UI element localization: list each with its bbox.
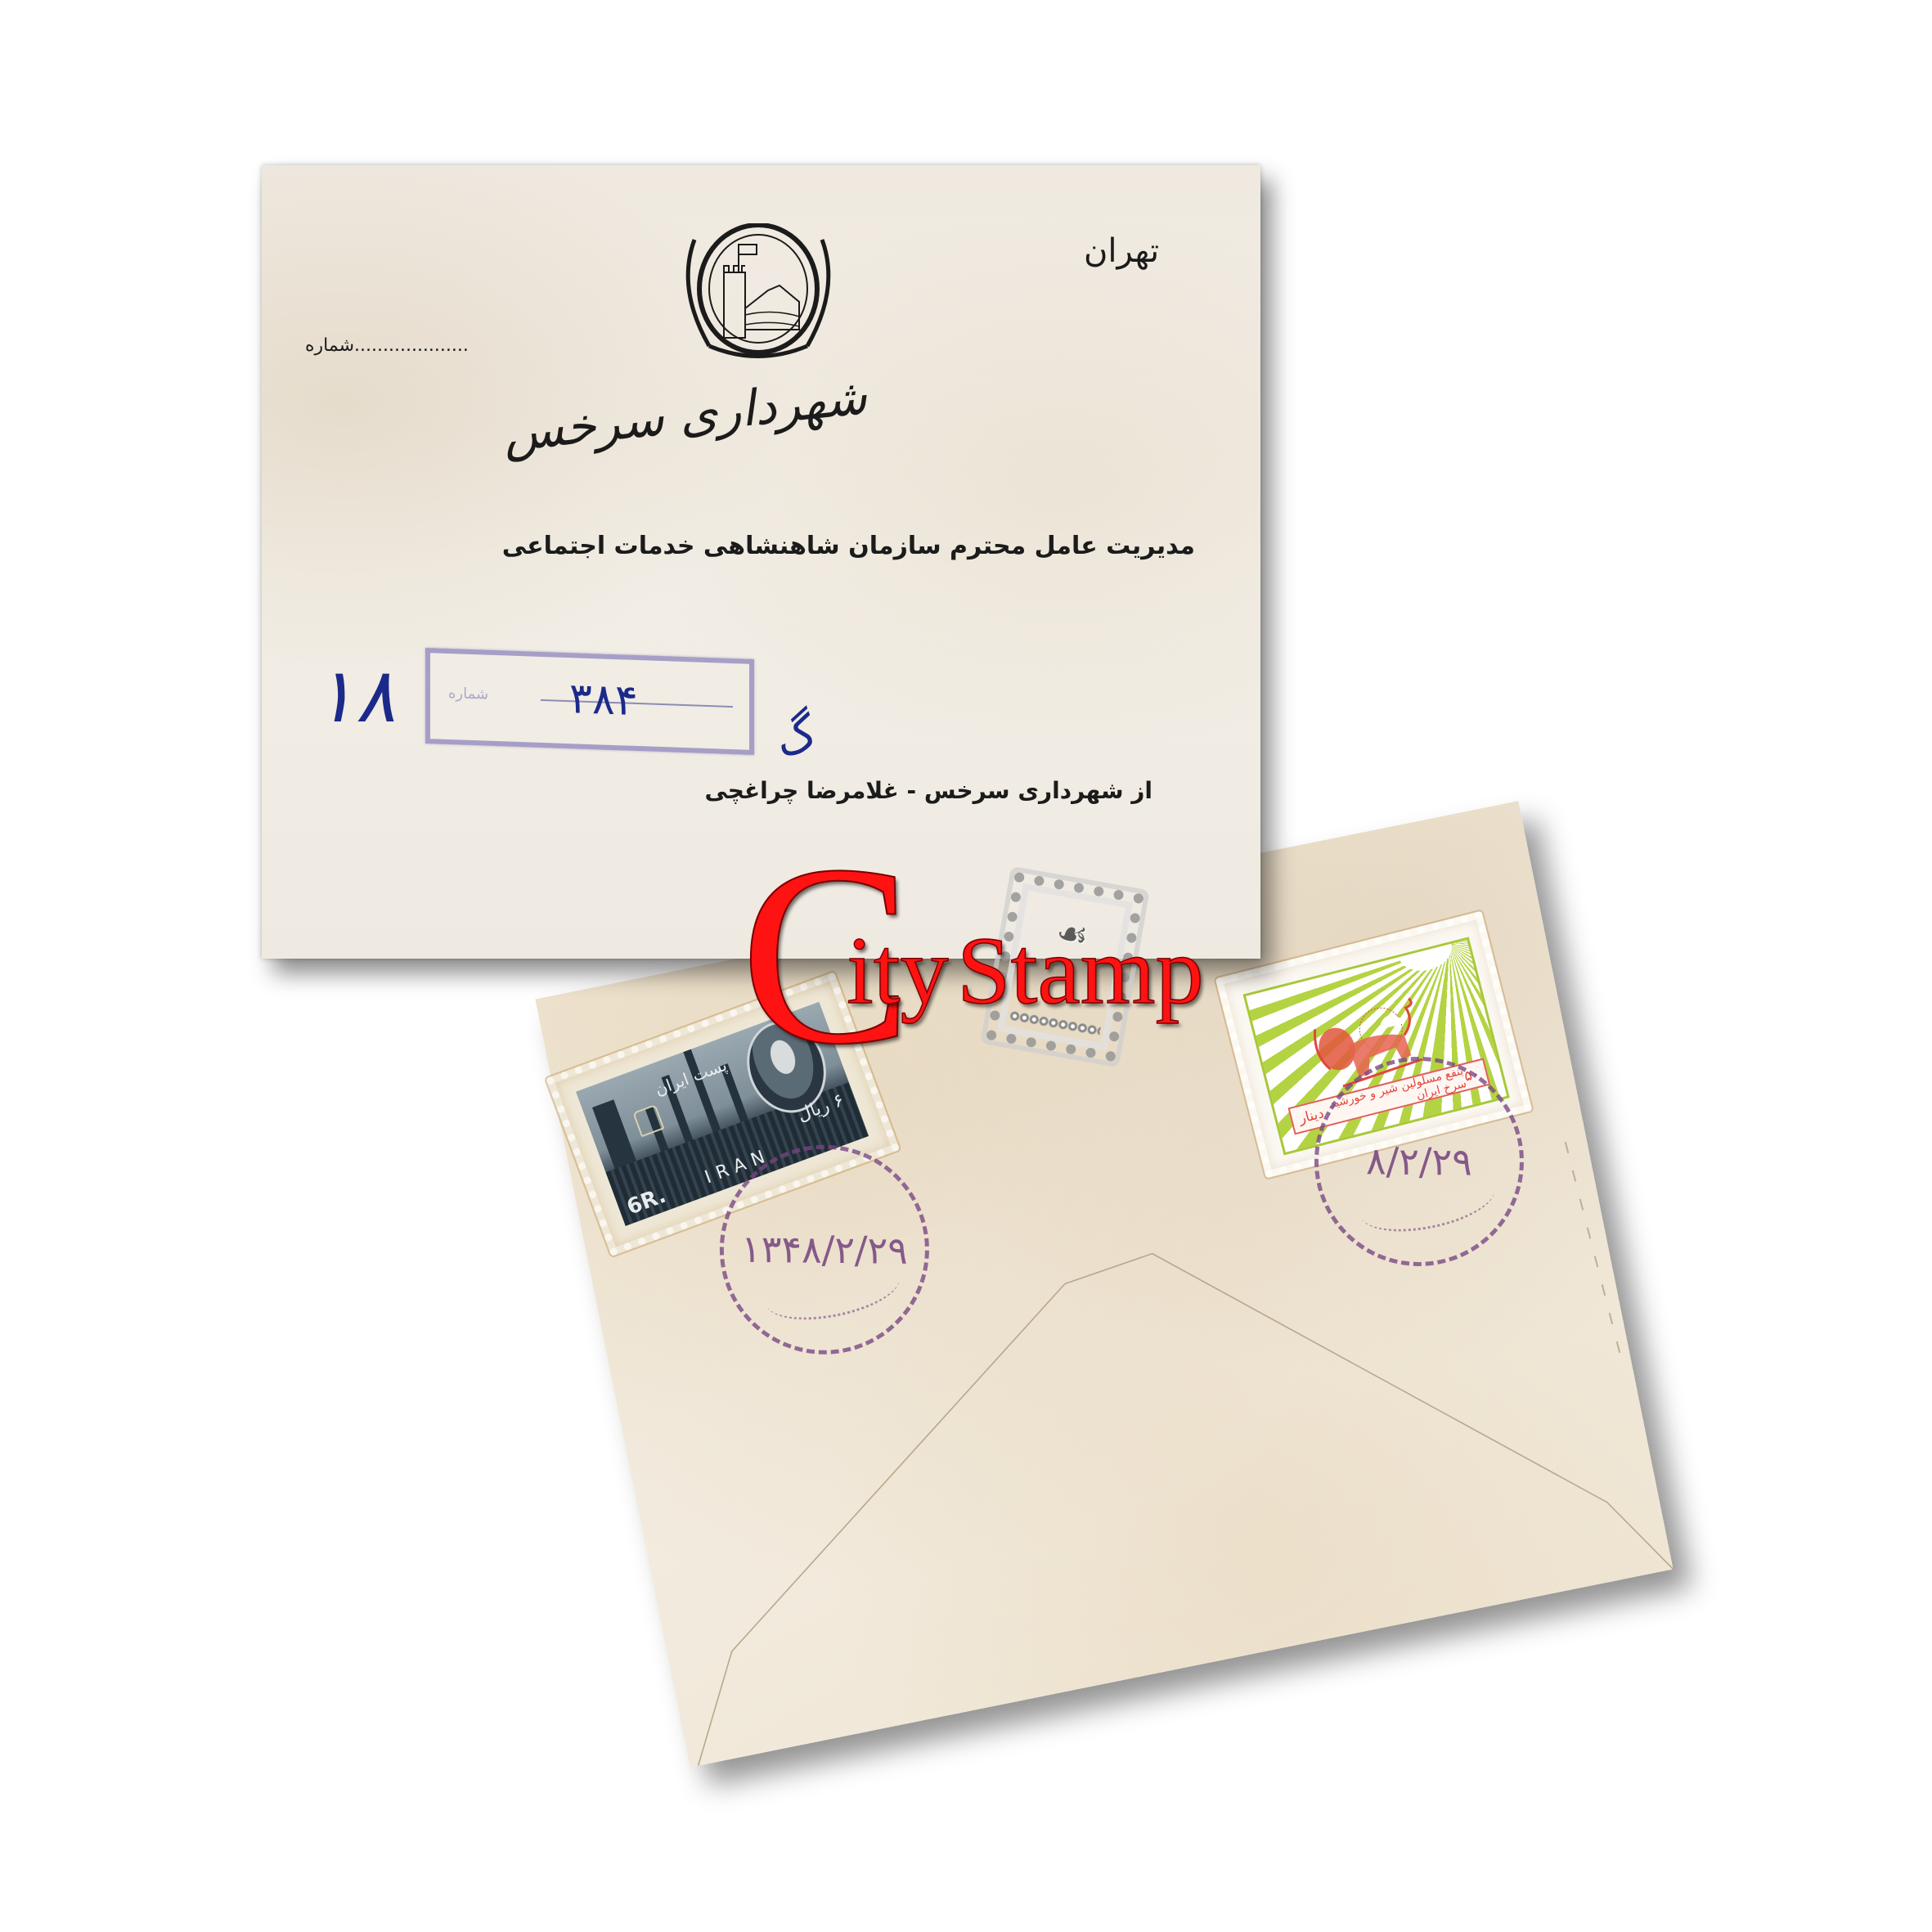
handwritten-mark: گ — [767, 704, 824, 768]
number-field: ....................شماره — [305, 335, 469, 356]
registration-stamp-box: شماره ۳۸۴ — [425, 648, 754, 755]
city-label: تهران — [1084, 232, 1159, 270]
number-label: شماره — [305, 335, 354, 356]
recipient-line: مدیریت عامل محترم سازمان شاهنشاهی خدمات … — [436, 532, 1195, 560]
front-envelope: تهران ....................شماره شهرداری … — [262, 165, 1260, 959]
page-title: شهرداری سرخس — [644, 368, 869, 448]
sender-line: از شهرداری سرخس - غلامرضا چراغچی — [686, 777, 1152, 804]
castle-mountain-emblem-icon — [676, 223, 837, 360]
registration-number: ۳۸۴ — [569, 674, 638, 726]
number-dotted-line: .................... — [354, 335, 469, 356]
registration-faint-label: شماره — [448, 685, 488, 703]
handwritten-note: ۱۸ — [312, 652, 411, 739]
